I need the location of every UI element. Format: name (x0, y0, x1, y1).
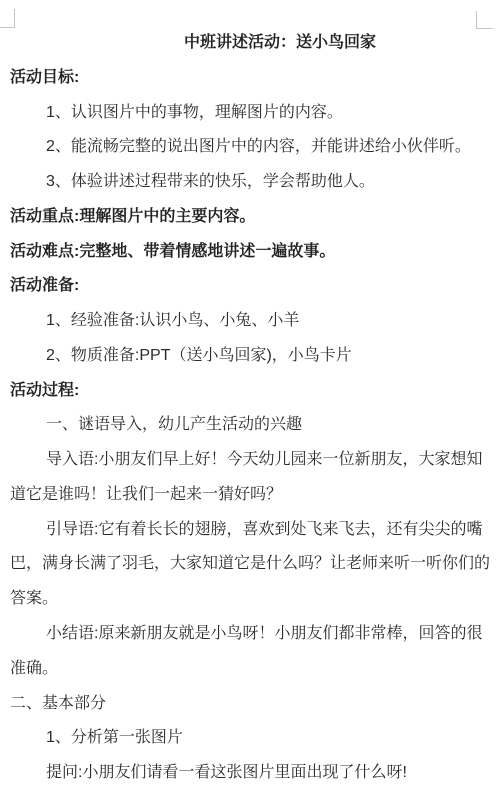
doc-title: 中班讲述活动：送小鸟回家 (0, 26, 500, 61)
guide-speech-line-3: 答案。 (0, 582, 500, 617)
intro-speech-line-2: 道它是谁吗！让我们一起来一猜好吗？ (0, 478, 500, 513)
heading-activity-key-point: 活动重点:理解图片中的主要内容。 (0, 200, 500, 235)
guide-speech-line-2: 巴，满身长满了羽毛，大家知道它是什么吗？让老师来听一听你们的 (0, 547, 500, 582)
heading-activity-preparation: 活动准备: (0, 269, 500, 304)
heading-activity-process: 活动过程: (0, 374, 500, 409)
summary-speech-line-1: 小结语:原来新朋友就是小鸟呀！小朋友们都非常棒，回答的很 (0, 617, 500, 652)
section-2-title: 二、基本部分 (0, 687, 500, 722)
question-line: 提问:小朋友们请看一看这张图片里面出现了什么呀! (0, 756, 500, 791)
preparation-item-1: 1、经验准备:认识小鸟、小兔、小羊 (0, 304, 500, 339)
summary-speech-line-2: 准确。 (0, 652, 500, 687)
subsection-analyze-picture-1: 1、分析第一张图片 (0, 721, 500, 756)
document-page: 中班讲述活动：送小鸟回家 活动目标: 1、认识图片中的事物，理解图片的内容。 2… (0, 0, 500, 791)
preparation-item-2: 2、物质准备:PPT（送小鸟回家)，小鸟卡片 (0, 339, 500, 374)
goal-item-1: 1、认识图片中的事物，理解图片的内容。 (0, 96, 500, 131)
goal-item-3: 3、体验讲述过程带来的快乐，学会帮助他人。 (0, 165, 500, 200)
goal-item-2: 2、能流畅完整的说出图片中的内容，并能讲述给小伙伴听。 (0, 130, 500, 165)
heading-activity-difficulty: 活动难点:完整地、带着情感地讲述一遍故事。 (0, 235, 500, 270)
heading-activity-goals: 活动目标: (0, 61, 500, 96)
intro-speech-line-1: 导入语:小朋友们早上好！今天幼儿园来一位新朋友，大家想知 (0, 443, 500, 478)
guide-speech-line-1: 引导语:它有着长长的翅膀，喜欢到处飞来飞去，还有尖尖的嘴 (0, 513, 500, 548)
section-1-title: 一、谜语导入，幼儿产生活动的兴趣 (0, 408, 500, 443)
